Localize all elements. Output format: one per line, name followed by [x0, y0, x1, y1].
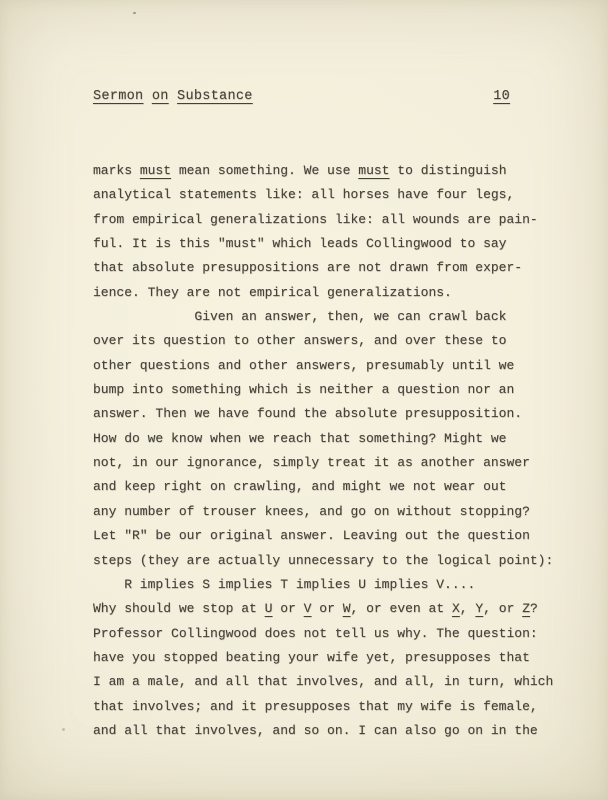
text-run: from empirical generalizations like: all… — [93, 212, 538, 227]
text-line: have you stopped beating your wife yet, … — [93, 646, 568, 670]
text-line: ience. They are not empirical generaliza… — [93, 281, 568, 305]
page-number: 10 — [493, 89, 510, 104]
text-line: Professor Collingwood does not tell us w… — [93, 622, 568, 646]
text-run: R implies S implies T implies U implies … — [124, 577, 475, 592]
text-line: Given an answer, then, we can crawl back — [93, 305, 568, 329]
text-line: analytical statements like: all horses h… — [93, 183, 568, 207]
text-run: marks — [93, 163, 140, 178]
text-line: other questions and other answers, presu… — [93, 354, 568, 378]
text-run: , or even at — [351, 601, 452, 616]
text-run: analytical statements like: all horses h… — [93, 187, 514, 202]
text-run: steps (they are actually unnecessary to … — [93, 553, 553, 568]
text-line: Why should we stop at U or V or W, or ev… — [93, 597, 568, 621]
text-run: that involves; and it presupposes that m… — [93, 699, 538, 714]
text-run: ience. They are not empirical generaliza… — [93, 285, 452, 300]
text-line: How do we know when we reach that someth… — [93, 427, 568, 451]
text-line: steps (they are actually unnecessary to … — [93, 549, 568, 573]
text-run: I am a male, and all that involves, and … — [93, 674, 553, 689]
text-run: bump into something which is neither a q… — [93, 382, 514, 397]
text-line: any number of trouser knees, and go on w… — [93, 500, 568, 524]
text-run: Given an answer, then, we can crawl back — [194, 309, 506, 324]
underlined-text: Sermon — [93, 89, 143, 104]
text-run: to distinguish — [389, 163, 506, 178]
text-line: over its question to other answers, and … — [93, 329, 568, 353]
document-body: marks must mean something. We use must t… — [93, 159, 568, 743]
underlined-text: on — [152, 89, 169, 104]
page-title: Sermon on Substance — [93, 89, 253, 104]
text-run: mean something. We use — [171, 163, 358, 178]
text-run: over its question to other answers, and … — [93, 333, 506, 348]
text-line: that involves; and it presupposes that m… — [93, 695, 568, 719]
page-header: Sermon on Substance 10 — [93, 89, 510, 104]
text-run — [169, 89, 177, 104]
text-run: ? — [530, 601, 538, 616]
text-line: R implies S implies T implies U implies … — [93, 573, 568, 597]
paper-speck — [62, 728, 65, 731]
text-line: answer. Then we have found the absolute … — [93, 402, 568, 426]
text-run: , or — [483, 601, 522, 616]
text-run: or — [272, 601, 303, 616]
underlined-text: 10 — [493, 89, 510, 104]
text-run: any number of trouser knees, and go on w… — [93, 504, 530, 519]
text-run: , — [460, 601, 476, 616]
text-run: How do we know when we reach that someth… — [93, 431, 506, 446]
text-line: marks must mean something. We use must t… — [93, 159, 568, 183]
text-run: Professor Collingwood does not tell us w… — [93, 626, 538, 641]
text-run: that absolute presuppositions are not dr… — [93, 260, 522, 275]
text-run: and keep right on crawling, and might we… — [93, 479, 506, 494]
paper-speck — [133, 12, 136, 14]
text-line: and all that involves, and so on. I can … — [93, 719, 568, 743]
underlined-text: must — [358, 163, 389, 178]
underlined-text: Y — [475, 601, 483, 616]
text-run: and all that involves, and so on. I can … — [93, 723, 538, 738]
text-line: from empirical generalizations like: all… — [93, 208, 568, 232]
underlined-text: X — [452, 601, 460, 616]
text-run: or — [311, 601, 342, 616]
underlined-text: Substance — [177, 89, 253, 104]
text-line: bump into something which is neither a q… — [93, 378, 568, 402]
text-line: and keep right on crawling, and might we… — [93, 475, 568, 499]
text-run: have you stopped beating your wife yet, … — [93, 650, 530, 665]
text-line: ful. It is this "must" which leads Colli… — [93, 232, 568, 256]
text-run: not, in our ignorance, simply treat it a… — [93, 455, 530, 470]
text-run: ful. It is this "must" which leads Colli… — [93, 236, 506, 251]
text-run: Why should we stop at — [93, 601, 265, 616]
scanned-page: Sermon on Substance 10 marks must mean s… — [0, 0, 608, 800]
text-line: not, in our ignorance, simply treat it a… — [93, 451, 568, 475]
text-run: answer. Then we have found the absolute … — [93, 406, 522, 421]
text-line: that absolute presuppositions are not dr… — [93, 256, 568, 280]
underlined-text: Z — [522, 601, 530, 616]
text-run — [143, 89, 151, 104]
text-line: I am a male, and all that involves, and … — [93, 670, 568, 694]
underlined-text: must — [140, 163, 171, 178]
text-run: Let "R" be our original answer. Leaving … — [93, 528, 530, 543]
text-line: Let "R" be our original answer. Leaving … — [93, 524, 568, 548]
underlined-text: W — [343, 601, 351, 616]
text-run: other questions and other answers, presu… — [93, 358, 514, 373]
